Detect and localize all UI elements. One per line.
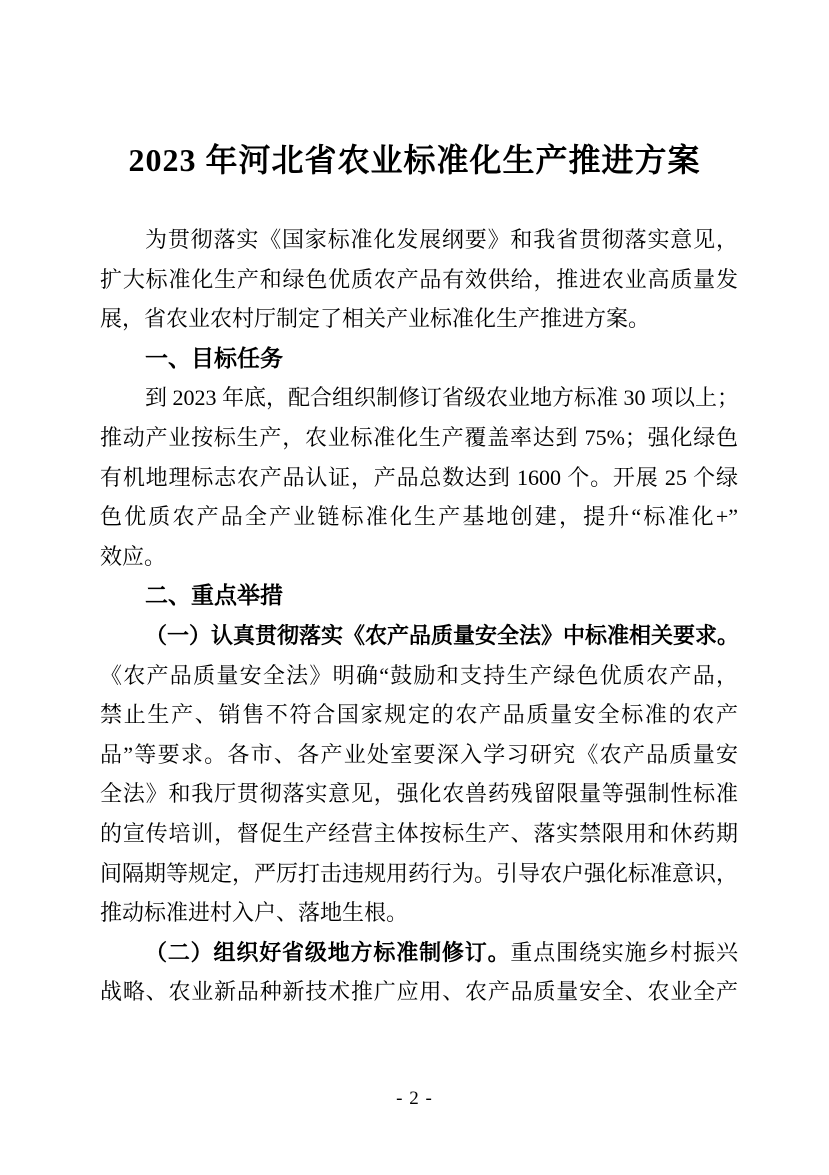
intro-paragraph: 为贯彻落实《国家标准化发展纲要》和我省贯彻落实意见， 扩大标准化生产和绿色优质农…: [100, 220, 738, 339]
intro-line: 为贯彻落实《国家标准化发展纲要》和我省贯彻落实意见，: [100, 220, 738, 260]
measure-2-line: 战略、农业新品种新技术推广应用、农产品质量安全、农业全产: [100, 972, 738, 1012]
measure-1-paragraph: （一）认真贯彻落实《农产品质量安全法》中标准相关要求。 《农产品质量安全法》明确…: [100, 616, 738, 933]
measure-2-paragraph: （二）组织好省级地方标准制修订。重点围绕实施乡村振兴 战略、农业新品种新技术推广…: [100, 933, 738, 1012]
measure-1-line: 全法》和我厅贯彻落实意见，强化农兽药残留限量等强制性标准: [100, 774, 738, 814]
page-number: - 2 -: [0, 1088, 829, 1110]
intro-line: 扩大标准化生产和绿色优质农产品有效供给，推进农业高质量发: [100, 260, 738, 300]
section-1: 一、目标任务 到 2023 年底，配合组织制修订省级农业地方标准 30 项以上；…: [100, 339, 738, 577]
document-title: 2023 年河北省农业标准化生产推进方案: [0, 0, 829, 182]
measure-1-line: 品”等要求。各市、各产业处室要深入学习研究《农产品质量安: [100, 735, 738, 775]
goal-line: 有机地理标志农产品认证，产品总数达到 1600 个。开展 25 个绿: [100, 458, 738, 498]
goal-line: 效应。: [100, 537, 738, 577]
measure-1-line: 《农产品质量安全法》明确“鼓励和支持生产绿色优质农产品，: [100, 656, 738, 696]
document-body: 为贯彻落实《国家标准化发展纲要》和我省贯彻落实意见， 扩大标准化生产和绿色优质农…: [100, 220, 738, 1012]
intro-line: 展，省农业农村厅制定了相关产业标准化生产推进方案。: [100, 299, 738, 339]
goal-line: 色优质农产品全产业链标准化生产基地创建，提升“标准化+”: [100, 497, 738, 537]
goal-line: 到 2023 年底，配合组织制修订省级农业地方标准 30 项以上；: [100, 378, 738, 418]
measure-1-lead: （一）认真贯彻落实《农产品质量安全法》中标准相关要求。: [100, 616, 738, 656]
section-1-heading: 一、目标任务: [100, 339, 738, 379]
measure-1-line: 推动标准进村入户、落地生根。: [100, 893, 738, 933]
document-page: 2023 年河北省农业标准化生产推进方案 为贯彻落实《国家标准化发展纲要》和我省…: [0, 0, 829, 1175]
measure-2-text: 重点围绕实施乡村振兴: [510, 940, 738, 965]
goal-line: 推动产业按标生产，农业标准化生产覆盖率达到 75%；强化绿色: [100, 418, 738, 458]
section-2-heading: 二、重点举措: [100, 576, 738, 616]
section-2: 二、重点举措 （一）认真贯彻落实《农产品质量安全法》中标准相关要求。 《农产品质…: [100, 576, 738, 1012]
measure-1-line: 间隔期等规定，严厉打击违规用药行为。引导农户强化标准意识，: [100, 854, 738, 894]
measure-1-line: 禁止生产、销售不符合国家规定的农产品质量安全标准的农产: [100, 695, 738, 735]
measure-2-lead: （二）组织好省级地方标准制修订。: [145, 940, 510, 965]
measure-2-lead-line: （二）组织好省级地方标准制修订。重点围绕实施乡村振兴: [100, 933, 738, 973]
measure-1-line: 的宣传培训，督促生产经营主体按标生产、落实禁限用和休药期: [100, 814, 738, 854]
